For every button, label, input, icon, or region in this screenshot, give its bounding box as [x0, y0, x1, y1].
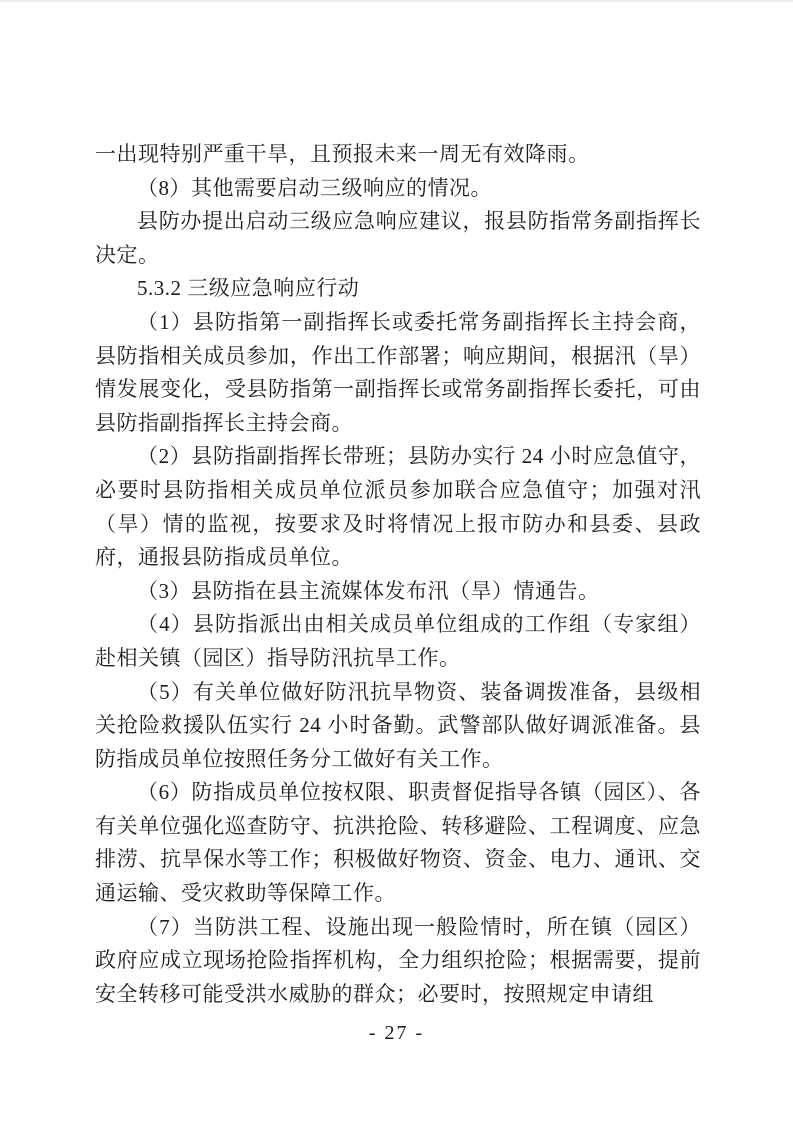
- text-paragraph: 县防办提出启动三级应急响应建议，报县防指常务副指挥长决定。: [95, 205, 701, 272]
- text-paragraph: （8）其他需要启动三级响应的情况。: [95, 172, 701, 206]
- text-paragraph: （1）县防指第一副指挥长或委托常务副指挥长主持会商，县防指相关成员参加，作出工作…: [95, 306, 701, 440]
- document-text-block: 一出现特别严重干旱，且预报未来一周无有效降雨。（8）其他需要启动三级响应的情况。…: [95, 138, 701, 1011]
- text-paragraph: （4）县防指派出由相关成员单位组成的工作组（专家组）赴相关镇（园区）指导防汛抗旱…: [95, 608, 701, 675]
- text-paragraph: （2）县防指副指挥长带班；县防办实行 24 小时应急值守，必要时县防指相关成员单…: [95, 440, 701, 574]
- text-paragraph: （3）县防指在县主流媒体发布汛（旱）情通告。: [95, 575, 701, 609]
- document-page: { "page": { "footer": { "page_number_lab…: [0, 0, 793, 1122]
- page-number: - 27 -: [0, 1022, 793, 1045]
- text-paragraph: （5）有关单位做好防汛抗旱物资、装备调拨准备，县级相关抢险救援队伍实行 24 小…: [95, 676, 701, 777]
- text-paragraph: 5.3.2 三级应急响应行动: [95, 272, 701, 306]
- text-paragraph: （6）防指成员单位按权限、职责督促指导各镇（园区）、各有关单位强化巡查防守、抗洪…: [95, 776, 701, 910]
- text-paragraph: （7）当防洪工程、设施出现一般险情时，所在镇（园区）政府应成立现场抢险指挥机构，…: [95, 911, 701, 1012]
- text-paragraph: 一出现特别严重干旱，且预报未来一周无有效降雨。: [95, 138, 701, 172]
